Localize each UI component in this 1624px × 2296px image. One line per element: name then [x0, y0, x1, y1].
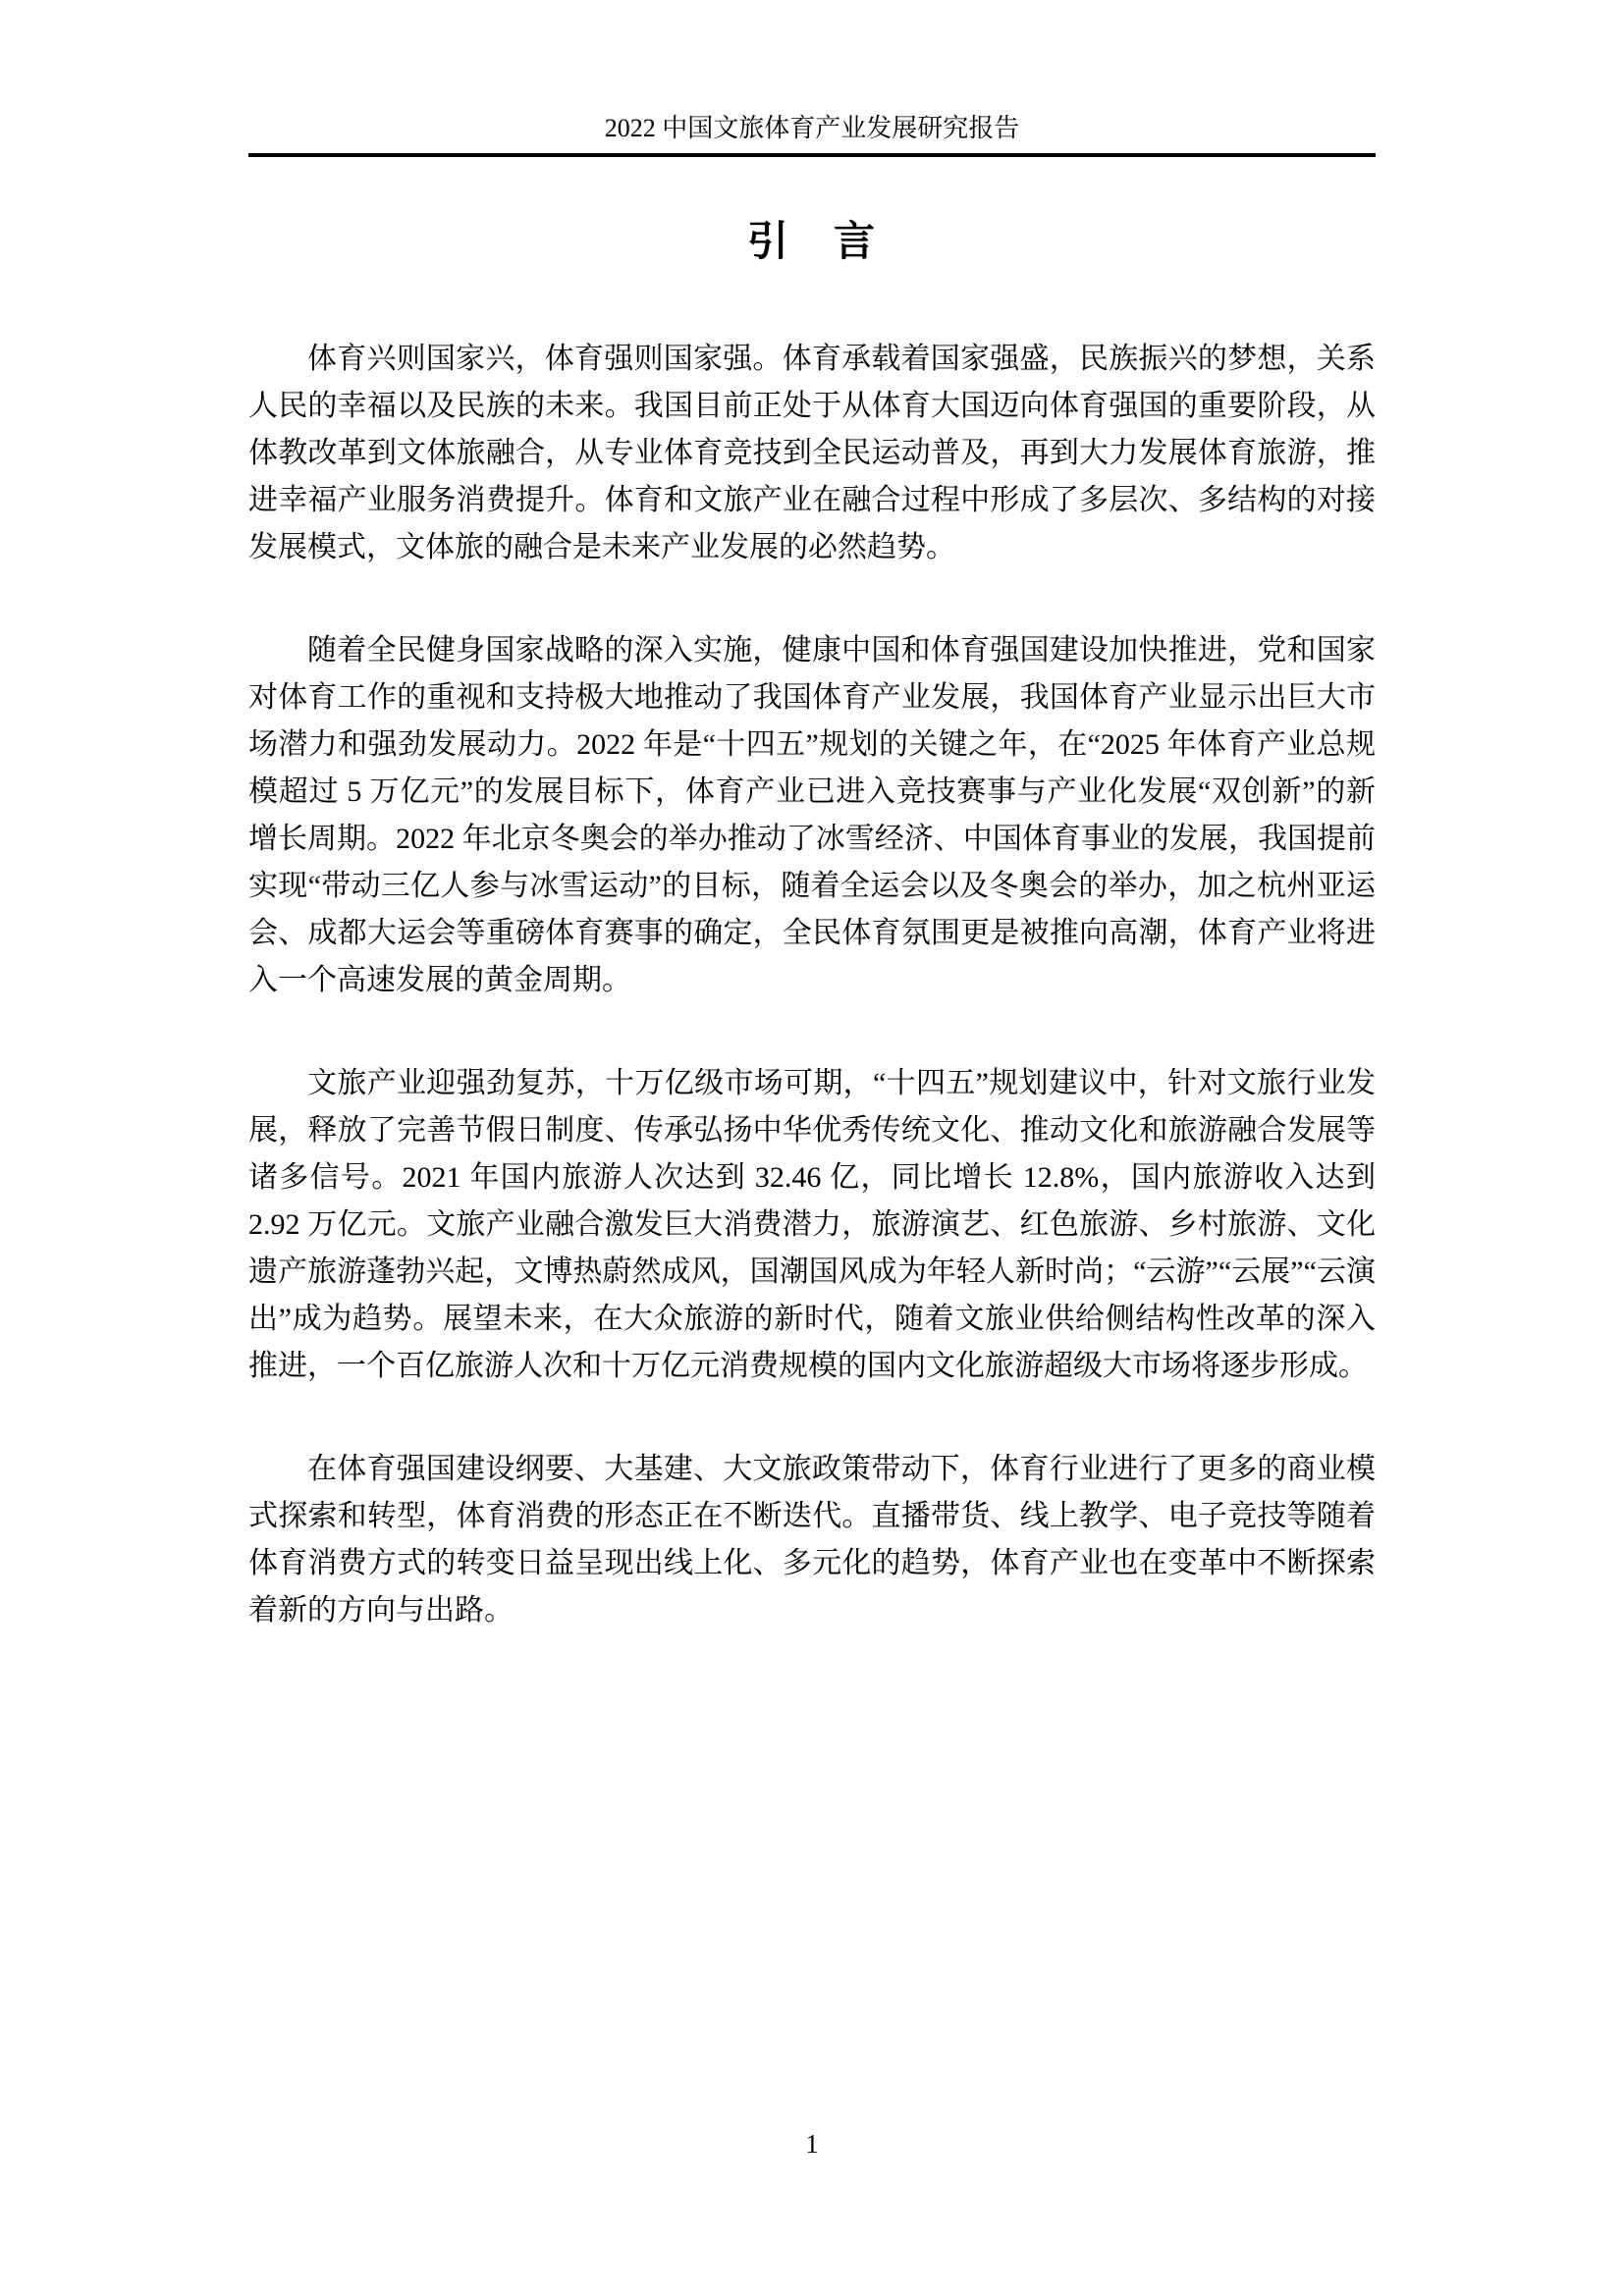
- page-content: 2022 中国文旅体育产业发展研究报告 引 言 体育兴则国家兴，体育强则国家强。…: [248, 0, 1376, 1634]
- page-number: 1: [0, 2128, 1624, 2160]
- body-paragraph-3: 文旅产业迎强劲复苏，十万亿级市场可期，“十四五”规划建议中，针对文旅行业发展，释…: [248, 1060, 1376, 1390]
- document-page: 2022 中国文旅体育产业发展研究报告 引 言 体育兴则国家兴，体育强则国家强。…: [0, 0, 1624, 2296]
- body-paragraph-1: 体育兴则国家兴，体育强则国家强。体育承载着国家强盛，民族振兴的梦想，关系人民的幸…: [248, 336, 1376, 571]
- body-paragraph-2: 随着全民健身国家战略的深入实施，健康中国和体育强国建设加快推进，党和国家对体育工…: [248, 627, 1376, 1004]
- section-title: 引 言: [248, 218, 1376, 267]
- body-paragraph-4: 在体育强国建设纲要、大基建、大文旅政策带动下，体育行业进行了更多的商业模式探索和…: [248, 1446, 1376, 1634]
- running-header: 2022 中国文旅体育产业发展研究报告: [248, 0, 1376, 157]
